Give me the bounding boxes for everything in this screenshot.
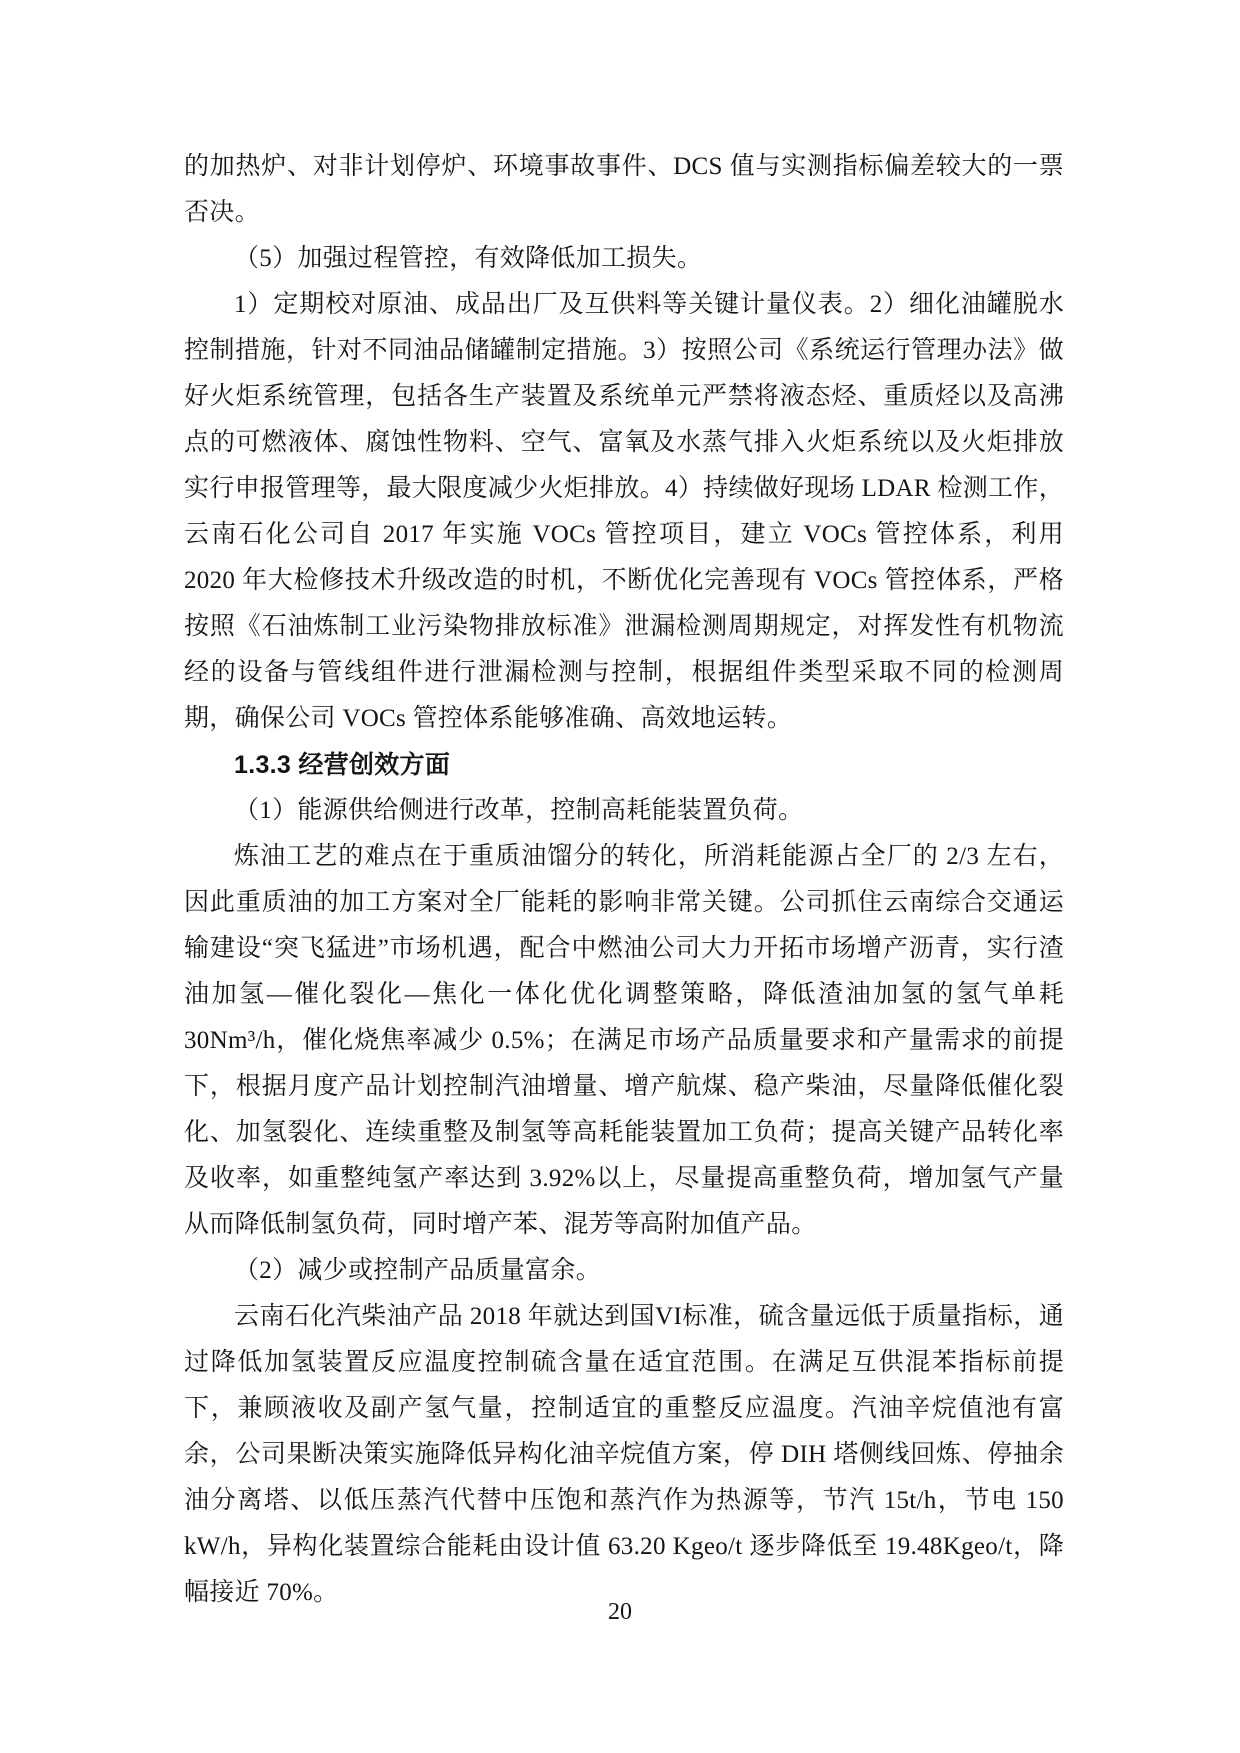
paragraph-continuation: 的加热炉、对非计划停炉、环境事故事件、DCS 值与实测指标偏差较大的一票否决。 (184, 144, 1064, 236)
paragraph-point-2-detail: 云南石化汽柴油产品 2018 年就达到国VI标准，硫含量远低于质量指标，通过降低… (184, 1294, 1064, 1616)
paragraph-point-1-detail: 炼油工艺的难点在于重质油馏分的转化，所消耗能源占全厂的 2/3 左右，因此重质油… (184, 834, 1064, 1248)
document-page: 的加热炉、对非计划停炉、环境事故事件、DCS 值与实测指标偏差较大的一票否决。 … (0, 0, 1240, 1753)
paragraph-point-5: （5）加强过程管控，有效降低加工损失。 (184, 236, 1064, 282)
paragraph-point-1: （1）能源供给侧进行改革，控制高耗能装置负荷。 (184, 788, 1064, 834)
page-body-text: 的加热炉、对非计划停炉、环境事故事件、DCS 值与实测指标偏差较大的一票否决。 … (184, 144, 1064, 1616)
page-footer: 20 (0, 1598, 1240, 1626)
paragraph-point-5-measures: 1）定期校对原油、成品出厂及互供料等关键计量仪表。2）细化油罐脱水控制措施，针对… (184, 282, 1064, 742)
page-number: 20 (608, 1599, 632, 1625)
paragraph-point-2: （2）减少或控制产品质量富余。 (184, 1248, 1064, 1294)
section-heading-1-3-3: 1.3.3 经营创效方面 (184, 742, 1064, 788)
